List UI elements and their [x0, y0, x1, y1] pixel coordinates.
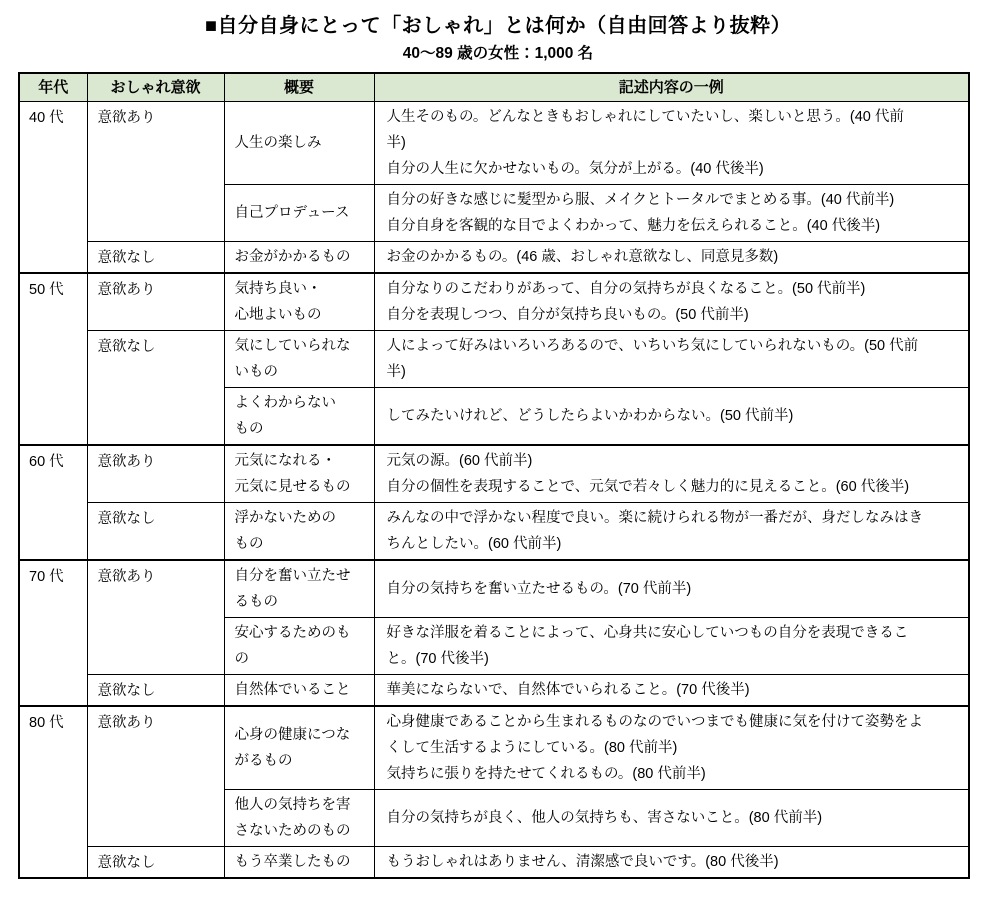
example-paragraph: 自分を表現しつつ、自分が気持ち良いもの。(50 代前半): [387, 302, 959, 328]
table-row: 60 代 意欲あり 元気になれる・ 元気に見せるもの 元気の源。(60 代前半)…: [19, 445, 969, 503]
example-paragraph: 人によって好みはいろいろあるので、いちいち気にしていられないもの。(50 代前 …: [387, 333, 959, 385]
summary-cell: お金がかかるもの: [224, 242, 374, 274]
summary-cell: もう卒業したもの: [224, 847, 374, 879]
motivation-cell: 意欲なし: [87, 503, 224, 561]
example-cell: もうおしゃれはありません、清潔感で良いです。(80 代後半): [374, 847, 969, 879]
example-cell: お金のかかるもの。(46 歳、おしゃれ意欲なし、同意見多数): [374, 242, 969, 274]
table-row: 80 代 意欲あり 心身の健康につな がるもの 心身健康であることから生まれるも…: [19, 706, 969, 790]
example-cell: 自分の好きな感じに髪型から服、メイクとトータルでまとめる事。(40 代前半) 自…: [374, 185, 969, 242]
col-header-motivation: おしゃれ意欲: [87, 73, 224, 102]
example-paragraph: 自分の人生に欠かせないもの。気分が上がる。(40 代後半): [387, 156, 959, 182]
summary-cell: 他人の気持ちを害 さないためのもの: [224, 790, 374, 847]
example-cell: 華美にならないで、自然体でいられること。(70 代後半): [374, 675, 969, 707]
summary-cell: よくわからない もの: [224, 388, 374, 446]
example-cell: 人によって好みはいろいろあるので、いちいち気にしていられないもの。(50 代前 …: [374, 331, 969, 388]
col-header-examples: 記述内容の一例: [374, 73, 969, 102]
example-cell: 人生そのもの。どんなときもおしゃれにしていたいし、楽しいと思う。(40 代前 半…: [374, 102, 969, 185]
summary-cell: 自己プロデュース: [224, 185, 374, 242]
example-paragraph: 元気の源。(60 代前半): [387, 448, 959, 474]
example-cell: 元気の源。(60 代前半) 自分の個性を表現することで、元気で若々しく魅力的に見…: [374, 445, 969, 503]
motivation-cell: 意欲なし: [87, 675, 224, 707]
age-cell: 40 代: [19, 102, 87, 274]
table-row: 意欲なし 浮かないための もの みんなの中で浮かない程度で良い。楽に続けられる物…: [19, 503, 969, 561]
summary-cell: 自然体でいること: [224, 675, 374, 707]
example-paragraph: 自分の好きな感じに髪型から服、メイクとトータルでまとめる事。(40 代前半): [387, 187, 959, 213]
motivation-cell: 意欲あり: [87, 706, 224, 847]
summary-cell: 元気になれる・ 元気に見せるもの: [224, 445, 374, 503]
example-cell: 自分なりのこだわりがあって、自分の気持ちが良くなること。(50 代前半) 自分を…: [374, 273, 969, 331]
oshare-definition-table: 年代 おしゃれ意欲 概要 記述内容の一例 40 代 意欲あり 人生の楽しみ 人生…: [18, 72, 970, 879]
header-row: 年代 おしゃれ意欲 概要 記述内容の一例: [19, 73, 969, 102]
motivation-cell: 意欲あり: [87, 445, 224, 503]
motivation-cell: 意欲なし: [87, 847, 224, 879]
example-paragraph: もうおしゃれはありません、清潔感で良いです。(80 代後半): [387, 849, 959, 875]
table-row: 意欲なし 気にしていられな いもの 人によって好みはいろいろあるので、いちいち気…: [19, 331, 969, 388]
summary-cell: 気にしていられな いもの: [224, 331, 374, 388]
example-cell: 心身健康であることから生まれるものなのでいつまでも健康に気を付けて姿勢をよ くし…: [374, 706, 969, 790]
example-paragraph: お金のかかるもの。(46 歳、おしゃれ意欲なし、同意見多数): [387, 244, 959, 270]
example-paragraph: みんなの中で浮かない程度で良い。楽に続けられる物が一番だが、身だしなみはき ちん…: [387, 505, 959, 557]
page-subtitle: 40～89 歳の女性：1,000 名: [0, 41, 996, 63]
summary-cell: 気持ち良い・ 心地よいもの: [224, 273, 374, 331]
example-paragraph: 人生そのもの。どんなときもおしゃれにしていたいし、楽しいと思う。(40 代前 半…: [387, 104, 959, 156]
summary-cell: 浮かないための もの: [224, 503, 374, 561]
summary-cell: 自分を奮い立たせ るもの: [224, 560, 374, 618]
table-row: 70 代 意欲あり 自分を奮い立たせ るもの 自分の気持ちを奮い立たせるもの。(…: [19, 560, 969, 618]
example-paragraph: 華美にならないで、自然体でいられること。(70 代後半): [387, 677, 959, 703]
example-paragraph: してみたいけれど、どうしたらよいかわからない。(50 代前半): [387, 403, 959, 429]
example-paragraph: 自分の個性を表現することで、元気で若々しく魅力的に見えること。(60 代後半): [387, 474, 959, 500]
age-cell: 80 代: [19, 706, 87, 878]
table-row: 50 代 意欲あり 気持ち良い・ 心地よいもの 自分なりのこだわりがあって、自分…: [19, 273, 969, 331]
table-row: 40 代 意欲あり 人生の楽しみ 人生そのもの。どんなときもおしゃれにしていたい…: [19, 102, 969, 185]
page-title: ■自分自身にとって「おしゃれ」とは何か（自由回答より抜粋）: [0, 9, 996, 38]
summary-cell: 人生の楽しみ: [224, 102, 374, 185]
summary-cell: 心身の健康につな がるもの: [224, 706, 374, 790]
example-paragraph: 自分なりのこだわりがあって、自分の気持ちが良くなること。(50 代前半): [387, 276, 959, 302]
example-paragraph: 自分の気持ちを奮い立たせるもの。(70 代前半): [387, 576, 959, 602]
table-row: 意欲なし もう卒業したもの もうおしゃれはありません、清潔感で良いです。(80 …: [19, 847, 969, 879]
motivation-cell: 意欲あり: [87, 560, 224, 675]
example-paragraph: 自分自身を客観的な目でよくわかって、魅力を伝えられること。(40 代後半): [387, 213, 959, 239]
motivation-cell: 意欲あり: [87, 102, 224, 242]
example-cell: 自分の気持ちを奮い立たせるもの。(70 代前半): [374, 560, 969, 618]
example-cell: 自分の気持ちが良く、他人の気持ちも、害さないこと。(80 代前半): [374, 790, 969, 847]
col-header-summary: 概要: [224, 73, 374, 102]
table-row: 意欲なし お金がかかるもの お金のかかるもの。(46 歳、おしゃれ意欲なし、同意…: [19, 242, 969, 274]
age-cell: 50 代: [19, 273, 87, 445]
age-cell: 60 代: [19, 445, 87, 560]
table-row: 意欲なし 自然体でいること 華美にならないで、自然体でいられること。(70 代後…: [19, 675, 969, 707]
example-paragraph: 好きな洋服を着ることによって、心身共に安心していつもの自分を表現できるこ と。(…: [387, 620, 959, 672]
report-page: ■自分自身にとって「おしゃれ」とは何か（自由回答より抜粋） 40～89 歳の女性…: [0, 0, 996, 898]
motivation-cell: 意欲あり: [87, 273, 224, 331]
col-header-age: 年代: [19, 73, 87, 102]
example-paragraph: 気持ちに張りを持たせてくれるもの。(80 代前半): [387, 761, 959, 787]
summary-cell: 安心するためのも の: [224, 618, 374, 675]
example-cell: みんなの中で浮かない程度で良い。楽に続けられる物が一番だが、身だしなみはき ちん…: [374, 503, 969, 561]
example-paragraph: 自分の気持ちが良く、他人の気持ちも、害さないこと。(80 代前半): [387, 805, 959, 831]
age-cell: 70 代: [19, 560, 87, 706]
motivation-cell: 意欲なし: [87, 331, 224, 446]
example-cell: してみたいけれど、どうしたらよいかわからない。(50 代前半): [374, 388, 969, 446]
example-cell: 好きな洋服を着ることによって、心身共に安心していつもの自分を表現できるこ と。(…: [374, 618, 969, 675]
motivation-cell: 意欲なし: [87, 242, 224, 274]
example-paragraph: 心身健康であることから生まれるものなのでいつまでも健康に気を付けて姿勢をよ くし…: [387, 709, 959, 761]
